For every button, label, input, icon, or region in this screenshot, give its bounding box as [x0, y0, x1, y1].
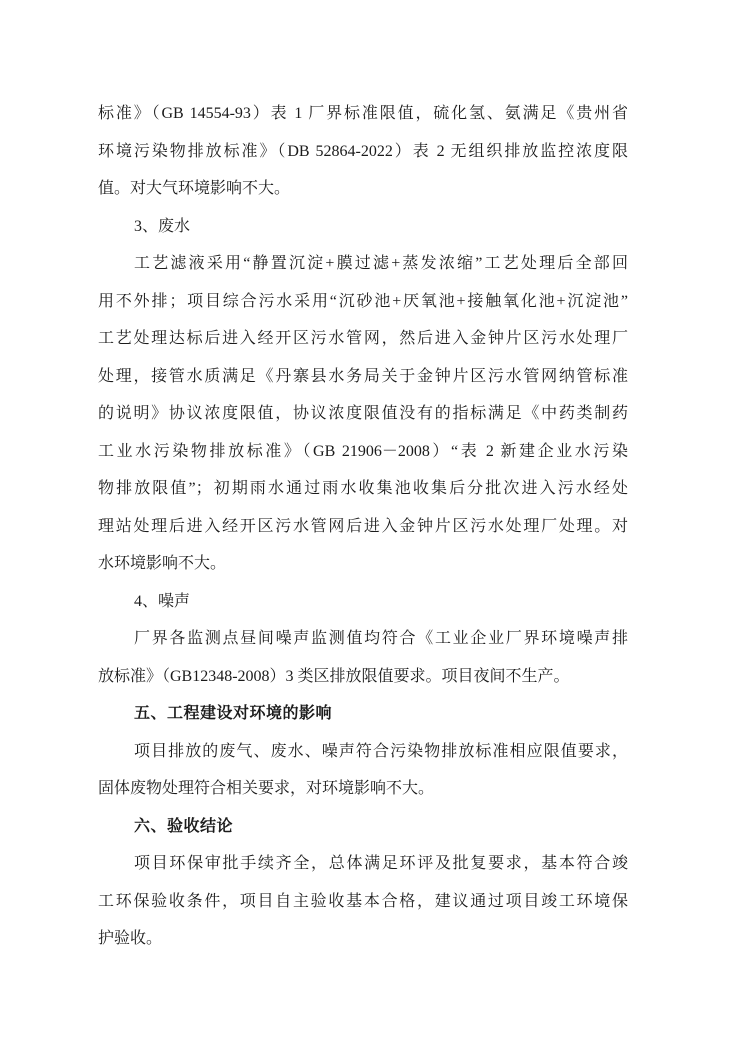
text-line: 标准》（GB 14554-93）表 1 厂界标准限值，硫化氢、氨满足《贵州省: [98, 95, 628, 133]
text-line: 值。对大气环境影响不大。: [98, 170, 628, 208]
text-line: 处理，接管水质满足《丹寨县水务局关于金钟片区污水管网纳管标准: [98, 358, 628, 396]
document-page: 标准》（GB 14554-93）表 1 厂界标准限值，硫化氢、氨满足《贵州省环境…: [0, 0, 740, 1046]
text-line: 五、工程建设对环境的影响: [98, 695, 628, 733]
section-heading: 六、验收结论: [98, 808, 628, 846]
text-line: 水环境影响不大。: [98, 545, 628, 583]
paragraph: 标准》（GB 14554-93）表 1 厂界标准限值，硫化氢、氨满足《贵州省环境…: [98, 95, 628, 208]
text-line: 3、废水: [98, 208, 628, 246]
text-line: 项目排放的废气、废水、噪声符合污染物排放标准相应限值要求，: [98, 733, 628, 771]
text-line: 工业水污染物排放标准》（GB 21906－2008）“表 2 新建企业水污染: [98, 433, 628, 471]
text-line: 项目环保审批手续齐全，总体满足环评及批复要求，基本符合竣: [98, 845, 628, 883]
section-heading: 五、工程建设对环境的影响: [98, 695, 628, 733]
document-text-block: 标准》（GB 14554-93）表 1 厂界标准限值，硫化氢、氨满足《贵州省环境…: [98, 95, 628, 958]
text-line: 4、噪声: [98, 583, 628, 621]
text-line: 护验收。: [98, 920, 628, 958]
text-line: 环境污染物排放标准》（DB 52864-2022）表 2 无组织排放监控浓度限: [98, 133, 628, 171]
text-line: 工艺处理达标后进入经开区污水管网，然后进入金钟片区污水处理厂: [98, 320, 628, 358]
text-line: 的说明》协议浓度限值，协议浓度限值没有的指标满足《中药类制药: [98, 395, 628, 433]
text-line: 固体废物处理符合相关要求，对环境影响不大。: [98, 770, 628, 808]
paragraph: 3、废水: [98, 208, 628, 246]
paragraph: 厂界各监测点昼间噪声监测值均符合《工业企业厂界环境噪声排放标准》（GB12348…: [98, 620, 628, 695]
paragraph: 4、噪声: [98, 583, 628, 621]
text-line: 放标准》（GB12348-2008）3 类区排放限值要求。项目夜间不生产。: [98, 658, 628, 696]
paragraph: 项目环保审批手续齐全，总体满足环评及批复要求，基本符合竣工环保验收条件，项目自主…: [98, 845, 628, 958]
text-line: 六、验收结论: [98, 808, 628, 846]
text-line: 物排放限值”；初期雨水通过雨水收集池收集后分批次进入污水经处: [98, 470, 628, 508]
text-line: 理站处理后进入经开区污水管网后进入金钟片区污水处理厂处理。对: [98, 508, 628, 546]
text-line: 工环保验收条件，项目自主验收基本合格，建议通过项目竣工环境保: [98, 883, 628, 921]
paragraph: 工艺滤液采用“静置沉淀+膜过滤+蒸发浓缩”工艺处理后全部回用不外排；项目综合污水…: [98, 245, 628, 583]
text-line: 厂界各监测点昼间噪声监测值均符合《工业企业厂界环境噪声排: [98, 620, 628, 658]
text-line: 工艺滤液采用“静置沉淀+膜过滤+蒸发浓缩”工艺处理后全部回: [98, 245, 628, 283]
text-line: 用不外排；项目综合污水采用“沉砂池+厌氧池+接触氧化池+沉淀池”: [98, 283, 628, 321]
paragraph: 项目排放的废气、废水、噪声符合污染物排放标准相应限值要求，固体废物处理符合相关要…: [98, 733, 628, 808]
